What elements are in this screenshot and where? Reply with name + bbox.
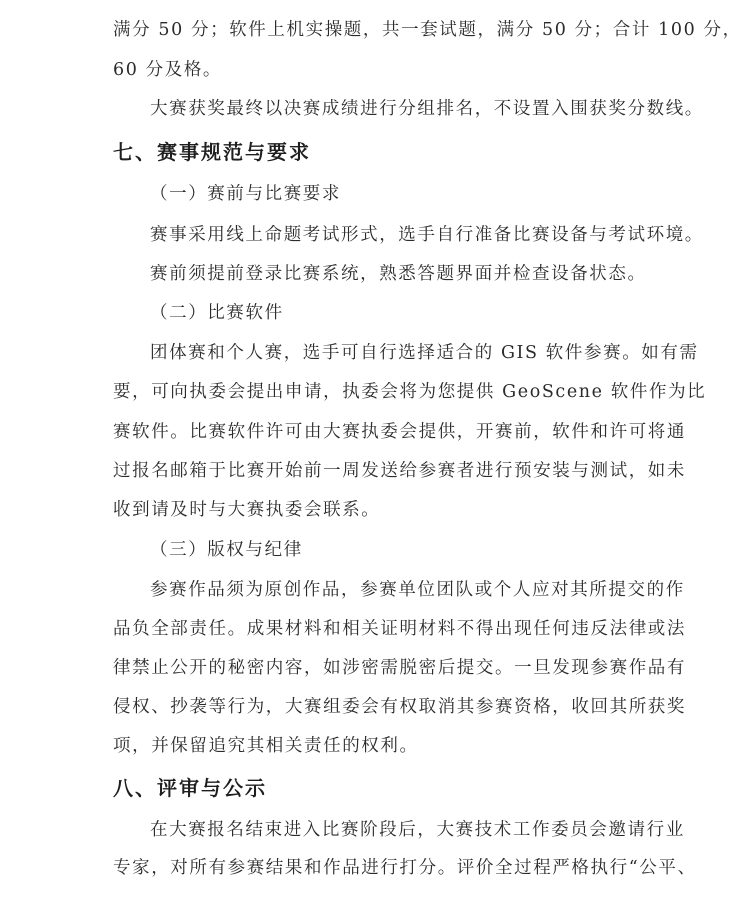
body-line: 在大赛报名结束进入比赛阶段后，大赛技术工作委员会邀请行业: [150, 818, 641, 842]
body-line: 60 分及格。: [113, 58, 641, 82]
body-line: 收到请及时与大赛执委会联系。: [113, 498, 641, 522]
document-page: 满分 50 分；软件上机实操题，共一套试题，满分 50 分；合计 100 分， …: [0, 0, 750, 901]
body-line: 赛前须提前登录比赛系统，熟悉答题界面并检查设备状态。: [150, 262, 641, 286]
body-line: 过报名邮箱于比赛开始前一周发送给参赛者进行预安装与测试，如未: [113, 459, 641, 483]
body-line: 专家，对所有参赛结果和作品进行打分。评价全过程严格执行“公平、: [113, 856, 641, 880]
subsection-heading-3: （三）版权与纪律: [150, 538, 678, 562]
subsection-heading-2: （二）比赛软件: [150, 301, 678, 325]
body-line: 满分 50 分；软件上机实操题，共一套试题，满分 50 分；合计 100 分，: [113, 18, 641, 42]
body-line: 品负全部责任。成果材料和相关证明材料不得出现任何违反法律或法: [113, 617, 641, 641]
body-line: 团体赛和个人赛，选手可自行选择适合的 GIS 软件参赛。如有需: [150, 341, 641, 365]
body-line: 侵权、抄袭等行为，大赛组委会有权取消其参赛资格，收回其所获奖: [113, 695, 641, 719]
section-heading-7: 七、赛事规范与要求: [113, 140, 641, 164]
paragraph-line-awards: 大赛获奖最终以决赛成绩进行分组排名，不设置入围获奖分数线。: [150, 97, 641, 121]
body-line: 律禁止公开的秘密内容，如涉密需脱密后提交。一旦发现参赛作品有: [113, 656, 641, 680]
body-line: 要，可向执委会提出申请，执委会将为您提供 GeoScene 软件作为比: [113, 380, 641, 404]
section-heading-8: 八、评审与公示: [113, 776, 641, 800]
body-line: 赛软件。比赛软件许可由大赛执委会提供，开赛前，软件和许可将通: [113, 420, 641, 444]
body-line: 项，并保留追究其相关责任的权利。: [113, 734, 641, 758]
body-line: 参赛作品须为原创作品，参赛单位团队或个人应对其所提交的作: [150, 578, 641, 602]
subsection-heading-1: （一）赛前与比赛要求: [150, 182, 678, 206]
body-line: 赛事采用线上命题考试形式，选手自行准备比赛设备与考试环境。: [150, 223, 641, 247]
